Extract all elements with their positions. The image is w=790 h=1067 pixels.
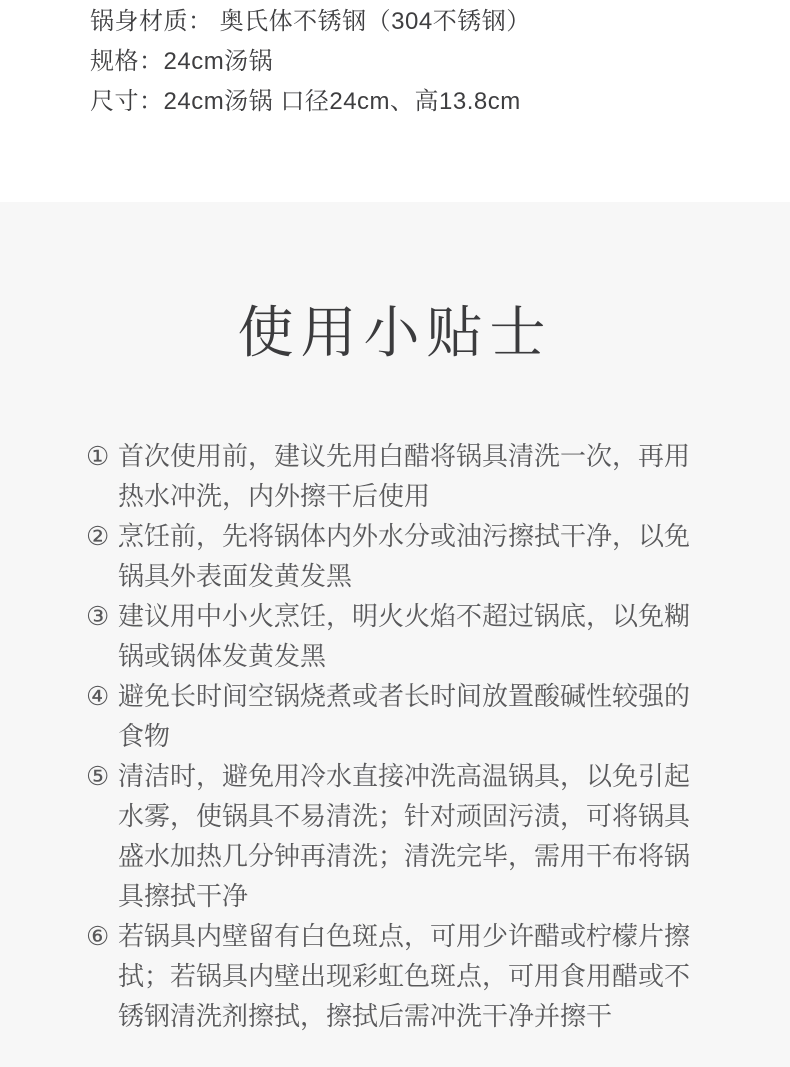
spec-line-dimensions: 尺寸：24cm汤锅 口径24cm、高13.8cm — [90, 82, 790, 122]
tip-number: ② — [86, 516, 118, 556]
tip-item: ⑤ 清洁时，避免用冷水直接冲洗高温锅具，以免引起 水雾，使锅具不易清洗；针对顽固… — [86, 756, 790, 916]
tip-item: ② 烹饪前，先将锅体内外水分或油污擦拭干净，以免 锅具外表面发黄发黑 — [86, 516, 790, 596]
tip-number: ⑤ — [86, 756, 118, 796]
tips-list: ① 首次使用前，建议先用白醋将锅具清洗一次，再用 热水冲洗，内外擦干后使用 ② … — [0, 436, 790, 1036]
tip-number: ④ — [86, 676, 118, 716]
spec-line-material: 锅身材质： 奥氏体不锈钢（304不锈钢） — [90, 2, 790, 42]
tip-text: 烹饪前，先将锅体内外水分或油污擦拭干净，以免 锅具外表面发黄发黑 — [118, 516, 778, 596]
tip-number: ① — [86, 436, 118, 476]
tip-number: ③ — [86, 596, 118, 636]
tip-text: 若锅具内壁留有白色斑点，可用少许醋或柠檬片擦 拭；若锅具内壁出现彩虹色斑点，可用… — [118, 916, 778, 1036]
tips-title: 使用小贴士 — [0, 298, 790, 368]
usage-tips-panel: 使用小贴士 ① 首次使用前，建议先用白醋将锅具清洗一次，再用 热水冲洗，内外擦干… — [0, 202, 790, 1067]
tip-text: 清洁时，避免用冷水直接冲洗高温锅具，以免引起 水雾，使锅具不易清洗；针对顽固污渍… — [118, 756, 778, 916]
tip-item: ⑥ 若锅具内壁留有白色斑点，可用少许醋或柠檬片擦 拭；若锅具内壁出现彩虹色斑点，… — [86, 916, 790, 1036]
tip-text: 建议用中小火烹饪，明火火焰不超过锅底，以免糊 锅或锅体发黄发黑 — [118, 596, 778, 676]
tip-item: ④ 避免长时间空锅烧煮或者长时间放置酸碱性较强的 食物 — [86, 676, 790, 756]
tip-item: ③ 建议用中小火烹饪，明火火焰不超过锅底，以免糊 锅或锅体发黄发黑 — [86, 596, 790, 676]
tip-item: ① 首次使用前，建议先用白醋将锅具清洗一次，再用 热水冲洗，内外擦干后使用 — [86, 436, 790, 516]
spec-line-size: 规格：24cm汤锅 — [90, 42, 790, 82]
product-specs: 锅身材质： 奥氏体不锈钢（304不锈钢） 规格：24cm汤锅 尺寸：24cm汤锅… — [0, 0, 790, 122]
tip-number: ⑥ — [86, 916, 118, 956]
tip-text: 首次使用前，建议先用白醋将锅具清洗一次，再用 热水冲洗，内外擦干后使用 — [118, 436, 778, 516]
tip-text: 避免长时间空锅烧煮或者长时间放置酸碱性较强的 食物 — [118, 676, 778, 756]
